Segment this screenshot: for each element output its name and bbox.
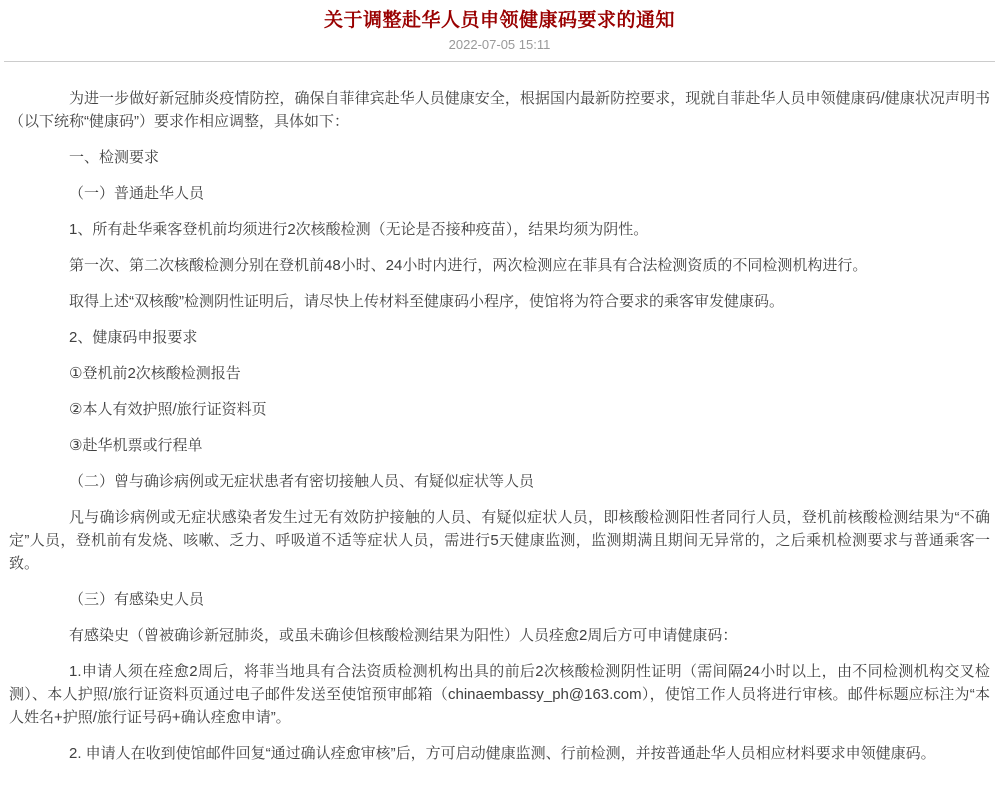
notice-body: 为进一步做好新冠肺炎疫情防控，确保自菲律宾赴华人员健康安全，根据国内最新防控要求… [0, 62, 999, 788]
page-title: 关于调整赴华人员申领健康码要求的通知 [0, 0, 999, 33]
paragraph-testing-rule-2: 第一次、第二次核酸检测分别在登机前48小时、24小时内进行，两次检测应在菲具有合… [9, 254, 990, 277]
heading-declaration-reqs: 2、健康码申报要求 [9, 326, 990, 349]
paragraph-recovery-step-1: 1.申请人须在痊愈2周后，将菲当地具有合法资质检测机构出具的前后2次核酸检测阴性… [9, 660, 990, 729]
paragraph-intro: 为进一步做好新冠肺炎疫情防控，确保自菲律宾赴华人员健康安全，根据国内最新防控要求… [9, 87, 990, 133]
heading-subsection-1-2: （二）曾与确诊病例或无症状患者有密切接触人员、有疑似症状等人员 [9, 470, 990, 493]
notice-page: 关于调整赴华人员申领健康码要求的通知 2022-07-05 15:11 为进一步… [0, 0, 999, 799]
paragraph-infection-history: 有感染史（曾被确诊新冠肺炎，或虽未确诊但核酸检测结果为阳性）人员痊愈2周后方可申… [9, 624, 990, 647]
heading-subsection-1-1: （一）普通赴华人员 [9, 182, 990, 205]
paragraph-testing-rule-1: 1、所有赴华乘客登机前均须进行2次核酸检测（无论是否接种疫苗），结果均须为阴性。 [9, 218, 990, 241]
list-item-1-test-reports: ①登机前2次核酸检测报告 [9, 362, 990, 385]
paragraph-close-contacts: 凡与确诊病例或无症状感染者发生过无有效防护接触的人员、有疑似症状人员，即核酸检测… [9, 506, 990, 575]
heading-subsection-1-3: （三）有感染史人员 [9, 588, 990, 611]
paragraph-testing-rule-3: 取得上述“双核酸”检测阴性证明后，请尽快上传材料至健康码小程序，使馆将为符合要求… [9, 290, 990, 313]
publish-date: 2022-07-05 15:11 [0, 36, 999, 54]
list-item-3-ticket: ③赴华机票或行程单 [9, 434, 990, 457]
paragraph-recovery-step-2: 2. 申请人在收到使馆邮件回复“通过确认痊愈审核”后，方可启动健康监测、行前检测… [9, 742, 990, 765]
list-item-2-passport-page: ②本人有效护照/旅行证资料页 [9, 398, 990, 421]
heading-section-1: 一、检测要求 [9, 146, 990, 169]
